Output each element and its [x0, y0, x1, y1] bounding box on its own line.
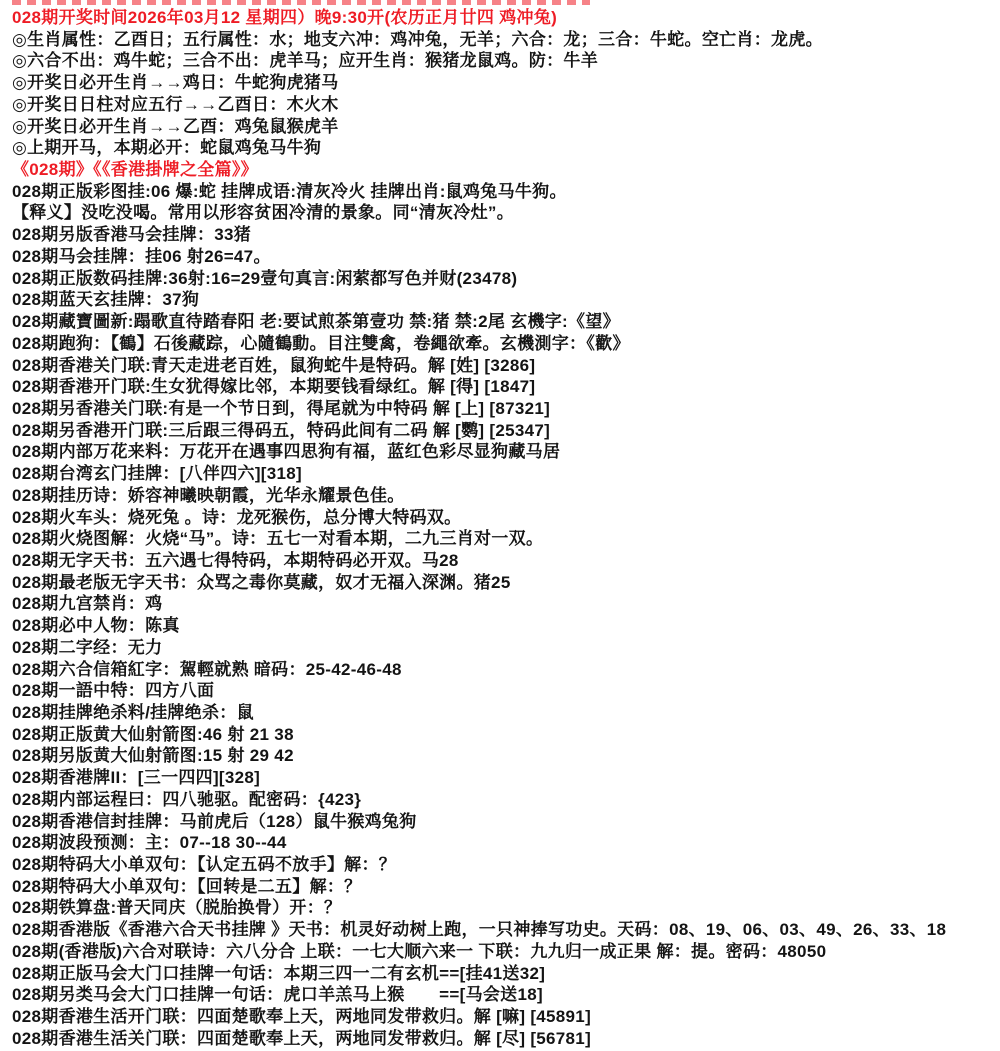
text-line: 028期六合信箱紅字：駕輕就熟 暗码：25-42-46-48	[12, 659, 1000, 681]
lottery-tips-page: 028期开奖时间2026年03月12 星期四）晚9:30开(农历正月廿四 鸡冲兔…	[0, 0, 1000, 1051]
text-line: 028期一語中特：四方八面	[12, 680, 1000, 702]
text-line: 028期无字天书：五六遇七得特码，本期特码必开双。马28	[12, 550, 1000, 572]
highlight-text-line: 028期开奖时间2026年03月12 星期四）晚9:30开(农历正月廿四 鸡冲兔…	[12, 7, 1000, 29]
text-line: 028期香港关门联:青天走进老百姓，鼠狗蛇牛是特码。解 [姓] [3286]	[12, 355, 1000, 377]
text-line: 028期另版黄大仙射箭图:15 射 29 42	[12, 745, 1000, 767]
text-line: 028期藏寶圖新:蹋歌直待踏春阳 老:要试煎茶第壹功 禁:猪 禁:2尾 玄機字:…	[12, 311, 1000, 333]
text-line: 028期铁算盘:普天同庆（脱胎换骨）开：？	[12, 897, 1000, 919]
text-line: 028期香港牌II：[三一四四][328]	[12, 767, 1000, 789]
text-line: 028期香港版《香港六合天书挂牌 》天书：机灵好动树上跑，一只神捧写功史。天码：…	[12, 919, 1000, 941]
highlight-text-line: 《028期》《《香港掛牌之全篇》》	[12, 159, 1000, 181]
clipped-top-text-fragment	[12, 0, 590, 5]
text-line: 028期正版马会大门口挂牌一句话：本期三四一二有玄机==[挂41送32]	[12, 963, 1000, 985]
text-line: ◎六合不出：鸡牛蛇；三合不出：虎羊马；应开生肖：猴猪龙鼠鸡。防：牛羊	[12, 50, 1000, 72]
text-line: 028期另版香港马会挂牌：33猪	[12, 224, 1000, 246]
text-line: 028期特码大小单双句：【认定五码不放手】解：？	[12, 854, 1000, 876]
text-line: 028期香港信封挂牌：马前虎后（128）鼠牛猴鸡兔狗	[12, 811, 1000, 833]
text-line: 【释义】没吃没喝。常用以形容贫困冷清的景象。同“清灰冷灶”。	[12, 202, 1000, 224]
text-line: ◎开奖日日柱对应五行→→乙酉日：木火木	[12, 94, 1000, 116]
text-line: 028期台湾玄门挂牌：[八伴四六][318]	[12, 463, 1000, 485]
text-line: 028期二字经：无力	[12, 637, 1000, 659]
text-line: 028期内部运程曰：四八驰驱。配密码：{423}	[12, 789, 1000, 811]
text-line: 028期另香港关门联:有是一个节日到，得尾就为中特码 解 [上] [87321]	[12, 398, 1000, 420]
text-line: 028期九宫禁肖：鸡	[12, 593, 1000, 615]
text-line: ◎生肖属性：乙酉日；五行属性：水；地支六冲：鸡冲兔，无羊；六合：龙；三合：牛蛇。…	[12, 29, 1000, 51]
text-line: 028期最老版无字天书：众骂之毒你莫藏，奴才无福入深渊。猪25	[12, 572, 1000, 594]
text-line: ◎开奖日必开生肖→→乙酉：鸡兔鼠猴虎羊	[12, 116, 1000, 138]
text-lines: 028期开奖时间2026年03月12 星期四）晚9:30开(农历正月廿四 鸡冲兔…	[12, 7, 1000, 1050]
text-line: 028期火车头：烧死兔 。诗：龙死猴伤，总分博大特码双。	[12, 507, 1000, 529]
text-line: ◎开奖日必开生肖→→鸡日：牛蛇狗虎猪马	[12, 72, 1000, 94]
text-line: 028期挂牌绝杀料/挂牌绝杀：鼠	[12, 702, 1000, 724]
text-line: 028期蓝天玄挂牌：37狗	[12, 289, 1000, 311]
text-line: 028期香港生活关门联：四面楚歌奉上天，两地同发带救归。解 [尽] [56781…	[12, 1028, 1000, 1050]
text-line: 028期挂历诗：娇容神曦映朝霞，光华永耀景色佳。	[12, 485, 1000, 507]
text-line: 028期跑狗：【鶴】石後藏踪，心隨鶴動。目注雙禽，卷繩欲牽。玄機測字：《歡》	[12, 333, 1000, 355]
text-line: 028期特码大小单双句：【回转是二五】解：？	[12, 876, 1000, 898]
text-line: 028期波段预测：主：07--18 30--44	[12, 832, 1000, 854]
text-line: 028期另香港开门联:三后跟三得码五，特码此间有二码 解 [鹦] [25347]	[12, 420, 1000, 442]
text-line: 028期火烧图解：火烧“马”。诗：五七一对看本期，二九三肖对一双。	[12, 528, 1000, 550]
text-line: 028期正版黄大仙射箭图:46 射 21 38	[12, 724, 1000, 746]
text-line: 028期必中人物：陈真	[12, 615, 1000, 637]
text-line: 028期正版彩图挂:06 爆:蛇 挂牌成语:清灰冷火 挂牌出肖:鼠鸡兔马牛狗。	[12, 181, 1000, 203]
text-line: 028期香港生活开门联：四面楚歌奉上天，两地同发带救归。解 [嘛] [45891…	[12, 1006, 1000, 1028]
text-line: 028期另类马会大门口挂牌一句话：虎口羊羔马上猴 ==[马会送18]	[12, 984, 1000, 1006]
text-line: 028期马会挂牌：挂06 射26=47。	[12, 246, 1000, 268]
text-line: 028期正版数码挂牌:36射:16=29壹句真言:闲萦都写色并财(23478)	[12, 268, 1000, 290]
text-line: 028期(香港版)六合对联诗：六八分合 上联：一七大顺六来一 下联：九九归一成正…	[12, 941, 1000, 963]
text-line: 028期内部万花来料：万花开在遇事四思狗有福，蓝红色彩尽显狗藏马居	[12, 441, 1000, 463]
text-line: 028期香港开门联:生女犹得嫁比邻，本期要钱看绿红。解 [得] [1847]	[12, 376, 1000, 398]
text-line: ◎上期开马，本期必开：蛇鼠鸡兔马牛狗	[12, 137, 1000, 159]
